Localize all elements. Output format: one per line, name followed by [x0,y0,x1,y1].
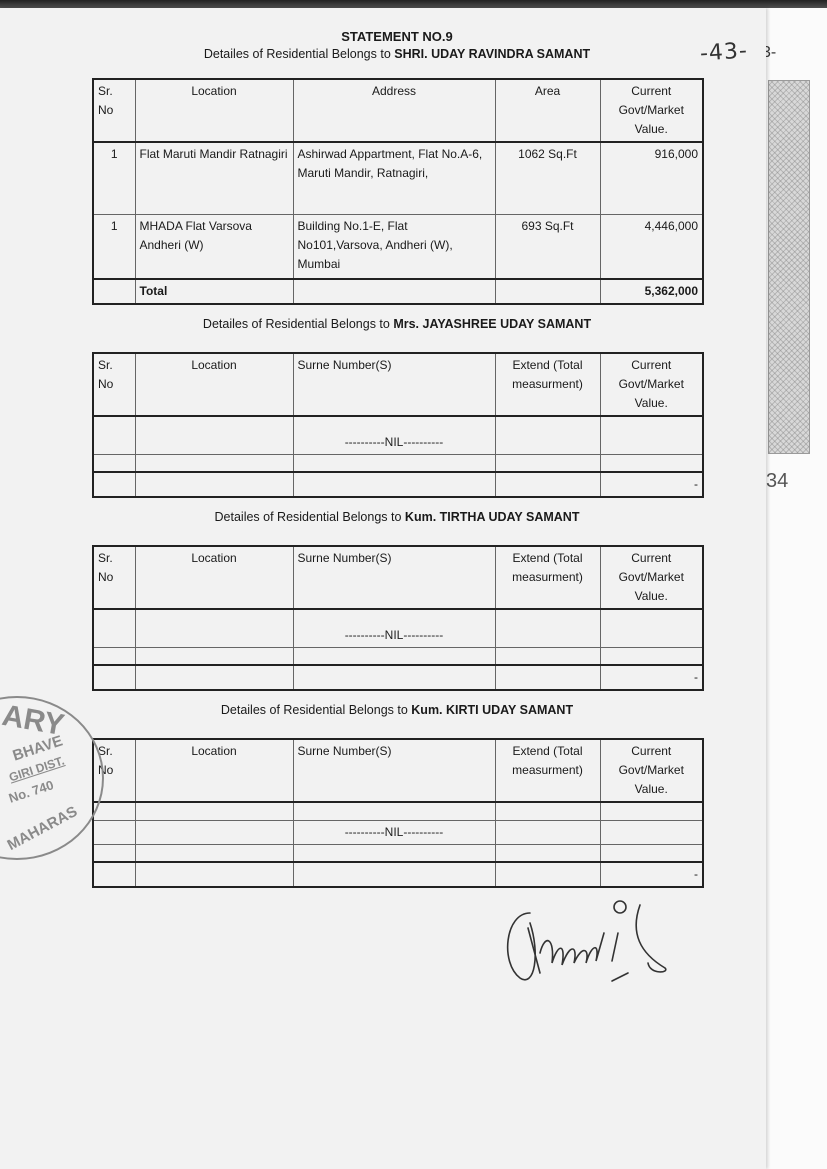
section-heading-jayashree: Detailes of Residential Belongs to Mrs. … [0,317,794,331]
column-header: Surne Number(S) [293,739,495,802]
column-header: Location [135,739,293,802]
column-header: Extend (Total measurment) [495,353,600,416]
residential-table-kirti: Sr. No Location Surne Number(S) Extend (… [92,738,704,888]
notary-stamp: ARY BHAVE GIRI DIST. No. 740 MAHARAS [0,696,104,860]
table-row: ----------NIL---------- [93,416,703,454]
table-row [93,454,703,472]
total-row: - [93,862,703,887]
nil-text: ----------NIL---------- [293,416,495,454]
residential-table-tirtha: Sr. No Location Surne Number(S) Extend (… [92,545,704,691]
residential-table-uday: Sr. No Location Address Area Current Gov… [92,78,704,305]
total-value: - [600,665,703,690]
column-header: Area [495,79,600,142]
owner-name: Kum. TIRTHA UDAY SAMANT [405,510,580,524]
underlying-sheet-number: 34 [766,470,788,493]
column-header: Current Govt/Market Value. [600,79,703,142]
column-header: Current Govt/Market Value. [600,546,703,609]
stamp-paper-border-pattern [768,80,810,454]
nil-text: ----------NIL---------- [293,820,495,844]
total-label: Total [135,279,293,304]
table-row [93,647,703,665]
column-header: Sr. No [93,79,135,142]
statement-title: STATEMENT NO.9 [0,29,794,44]
total-value: - [600,862,703,887]
table-row: 1 MHADA Flat Varsova Andheri (W) Buildin… [93,214,703,279]
owner-name: Kum. KIRTI UDAY SAMANT [411,703,573,717]
column-header: Location [135,79,293,142]
column-header: Extend (Total measurment) [495,739,600,802]
section-heading-uday: Detailes of Residential Belongs to SHRI.… [0,47,794,61]
table-row: ----------NIL---------- [93,609,703,647]
total-row: Total 5,362,000 [93,279,703,304]
column-header: Sr. No [93,353,135,416]
table-row [93,802,703,820]
nil-text: ----------NIL---------- [293,609,495,647]
table-row: 1 Flat Maruti Mandir Ratnagiri Ashirwad … [93,142,703,214]
total-value: - [600,472,703,497]
section-heading-tirtha: Detailes of Residential Belongs to Kum. … [0,510,794,524]
owner-name: SHRI. UDAY RAVINDRA SAMANT [394,47,590,61]
total-row: - [93,472,703,497]
column-header: Location [135,353,293,416]
column-header: Address [293,79,495,142]
column-header: Sr. No [93,546,135,609]
statement-page: -43- STATEMENT NO.9 Detailes of Resident… [0,8,766,1169]
column-header: Surne Number(S) [293,353,495,416]
table-row: ----------NIL---------- [93,820,703,844]
column-header: Current Govt/Market Value. [600,739,703,802]
residential-table-jayashree: Sr. No Location Surne Number(S) Extend (… [92,352,704,498]
signature [500,893,680,993]
column-header: Surne Number(S) [293,546,495,609]
section-heading-kirti: Detailes of Residential Belongs to Kum. … [0,703,794,717]
table-row [93,844,703,862]
total-row: - [93,665,703,690]
column-header: Current Govt/Market Value. [600,353,703,416]
total-value: 5,362,000 [600,279,703,304]
column-header: Extend (Total measurment) [495,546,600,609]
owner-name: Mrs. JAYASHREE UDAY SAMANT [393,317,591,331]
column-header: Location [135,546,293,609]
